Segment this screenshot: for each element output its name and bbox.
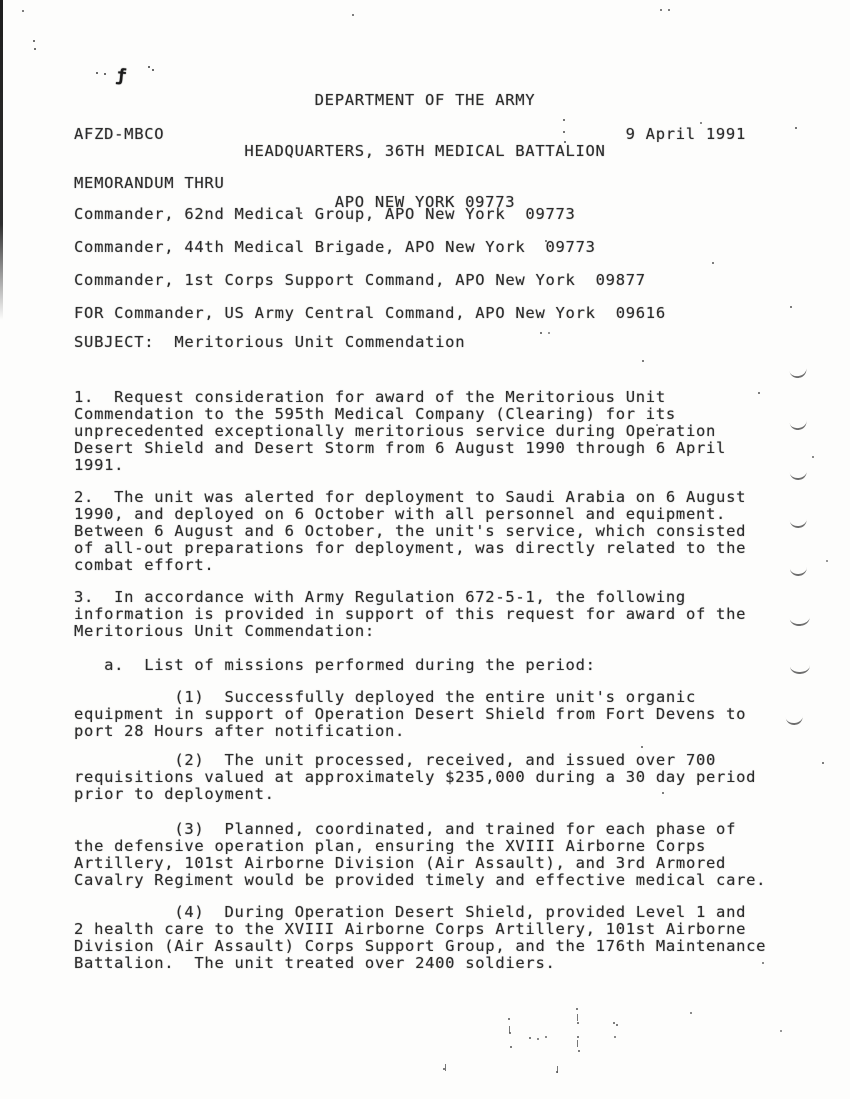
scan-noise-dash xyxy=(577,1040,578,1047)
subparagraph-a2: (2) The unit processed, received, and is… xyxy=(74,752,756,803)
addressee-line: Commander, 44th Medical Brigade, APO New… xyxy=(74,239,596,256)
subparagraph-a4: (4) During Operation Desert Shield, prov… xyxy=(74,904,766,972)
check-mark xyxy=(789,420,807,431)
letterhead-headquarters-line: HEADQUARTERS, 36TH MEDICAL BATTALION xyxy=(0,143,850,160)
check-mark xyxy=(789,368,807,380)
check-mark xyxy=(790,567,807,577)
memo-page: ƒ DEPARTMENT OF THE ARMY HEADQUARTERS, 3… xyxy=(0,0,850,1099)
letterhead-department-line: DEPARTMENT OF THE ARMY xyxy=(0,92,850,109)
paragraph-1: 1. Request consideration for award of th… xyxy=(74,389,726,474)
office-symbol: AFZD-MBCO xyxy=(74,126,164,143)
addressee-line: Commander, 62nd Medical Group, APO New Y… xyxy=(74,206,576,223)
scan-noise-dash xyxy=(577,1014,578,1021)
scan-noise-dash xyxy=(557,1066,558,1073)
memorandum-thru-line: MEMORANDUM THRU xyxy=(74,175,224,192)
scan-noise-dash xyxy=(445,1064,446,1071)
subparagraph-a: a. List of missions performed during the… xyxy=(74,657,596,674)
addressee-line: FOR Commander, US Army Central Command, … xyxy=(74,305,666,322)
check-mark xyxy=(790,665,810,675)
check-mark xyxy=(786,715,804,725)
subject-line: SUBJECT: Meritorious Unit Commendation xyxy=(74,334,465,351)
subparagraph-a3: (3) Planned, coordinated, and trained fo… xyxy=(74,821,766,889)
check-mark xyxy=(790,616,811,627)
scan-noise-speckles xyxy=(0,0,2,2)
memo-date: 9 April 1991 xyxy=(626,126,746,143)
addressee-line: Commander, 1st Corps Support Command, AP… xyxy=(74,272,646,289)
scan-noise-dash xyxy=(509,1026,510,1033)
subparagraph-a1: (1) Successfully deployed the entire uni… xyxy=(74,689,746,740)
paragraph-3: 3. In accordance with Army Regulation 67… xyxy=(74,589,746,640)
office-symbol-row: AFZD-MBCO 9 April 1991 xyxy=(74,126,746,143)
paragraph-2: 2. The unit was alerted for deployment t… xyxy=(74,489,746,574)
check-mark xyxy=(790,470,808,480)
check-mark xyxy=(790,518,808,528)
